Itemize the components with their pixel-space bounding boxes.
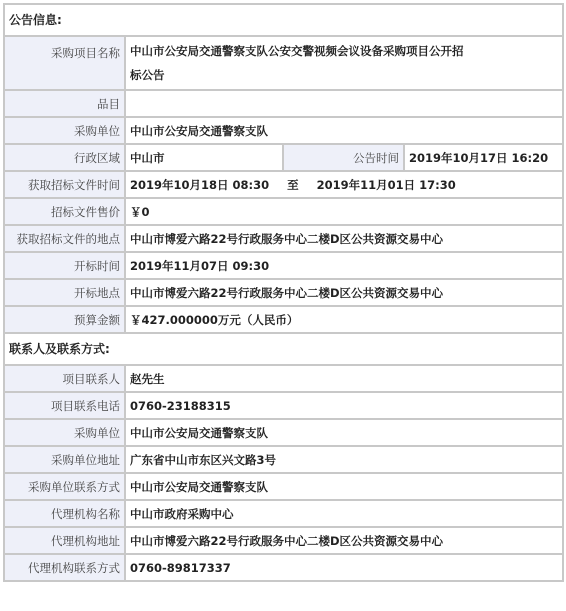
field-label: 采购单位 xyxy=(4,117,125,144)
doc-time-start: 2019年10月18日 08:30 xyxy=(130,178,269,192)
agency-name-value: 中山市政府采购中心 xyxy=(125,500,563,527)
table-row: 项目联系电话 0760-23188315 xyxy=(4,392,563,419)
project-name-value: 中山市公安局交通警察支队公安交警视频会议设备采购项目公开招标公告 xyxy=(125,36,563,90)
table-row: 代理机构名称 中山市政府采购中心 xyxy=(4,500,563,527)
budget-value: ￥427.000000万元（人民币） xyxy=(125,306,563,333)
agency-contact-value: 0760-89817337 xyxy=(125,554,563,581)
section-header-contact: 联系人及联系方式: xyxy=(4,333,563,365)
table-row: 预算金额 ￥427.000000万元（人民币） xyxy=(4,306,563,333)
field-label: 代理机构地址 xyxy=(4,527,125,554)
table-row: 采购单位 中山市公安局交通警察支队 xyxy=(4,117,563,144)
field-label: 公告时间 xyxy=(283,144,404,171)
category-value xyxy=(125,90,563,117)
table-row: 采购单位 中山市公安局交通警察支队 xyxy=(4,419,563,446)
table-row: 代理机构联系方式 0760-89817337 xyxy=(4,554,563,581)
field-label: 项目联系人 xyxy=(4,365,125,392)
announcement-table: 公告信息: 采购项目名称 中山市公安局交通警察支队公安交警视频会议设备采购项目公… xyxy=(3,3,564,582)
table-row: 开标地点 中山市博爱六路22号行政服务中心二楼D区公共资源交易中心 xyxy=(4,279,563,306)
agency-address-value: 中山市博爱六路22号行政服务中心二楼D区公共资源交易中心 xyxy=(125,527,563,554)
field-label: 项目联系电话 xyxy=(4,392,125,419)
open-location-value: 中山市博爱六路22号行政服务中心二楼D区公共资源交易中心 xyxy=(125,279,563,306)
doc-price-value: ￥0 xyxy=(125,198,563,225)
announce-time-value: 2019年10月17日 16:20 xyxy=(404,144,563,171)
purchaser-contact-value: 中山市公安局交通警察支队 xyxy=(125,473,563,500)
field-label: 采购单位联系方式 xyxy=(4,473,125,500)
section-title: 公告信息: xyxy=(4,4,563,36)
field-label: 采购单位地址 xyxy=(4,446,125,473)
section-header-announcement: 公告信息: xyxy=(4,4,563,36)
field-label: 品目 xyxy=(4,90,125,117)
field-label: 获取招标文件时间 xyxy=(4,171,125,198)
region-value: 中山市 xyxy=(125,144,283,171)
field-label: 行政区域 xyxy=(4,144,125,171)
field-label: 采购单位 xyxy=(4,419,125,446)
doc-time-end: 2019年11月01日 17:30 xyxy=(317,178,456,192)
purchaser-address-value: 广东省中山市东区兴文路3号 xyxy=(125,446,563,473)
project-contact-value: 赵先生 xyxy=(125,365,563,392)
doc-location-value: 中山市博爱六路22号行政服务中心二楼D区公共资源交易中心 xyxy=(125,225,563,252)
table-row: 项目联系人 赵先生 xyxy=(4,365,563,392)
doc-time-value: 2019年10月18日 08:30至2019年11月01日 17:30 xyxy=(125,171,563,198)
purchaser-value: 中山市公安局交通警察支队 xyxy=(125,117,563,144)
field-label: 招标文件售价 xyxy=(4,198,125,225)
project-phone-value: 0760-23188315 xyxy=(125,392,563,419)
table-row: 行政区域 中山市 公告时间 2019年10月17日 16:20 xyxy=(4,144,563,171)
contact-purchaser-value: 中山市公安局交通警察支队 xyxy=(125,419,563,446)
open-time-value: 2019年11月07日 09:30 xyxy=(125,252,563,279)
table-row: 采购单位联系方式 中山市公安局交通警察支队 xyxy=(4,473,563,500)
table-row: 获取招标文件时间 2019年10月18日 08:30至2019年11月01日 1… xyxy=(4,171,563,198)
table-row: 采购项目名称 中山市公安局交通警察支队公安交警视频会议设备采购项目公开招标公告 xyxy=(4,36,563,90)
section-title: 联系人及联系方式: xyxy=(4,333,563,365)
table-row: 开标时间 2019年11月07日 09:30 xyxy=(4,252,563,279)
field-label: 预算金额 xyxy=(4,306,125,333)
table-row: 品目 xyxy=(4,90,563,117)
table-row: 代理机构地址 中山市博爱六路22号行政服务中心二楼D区公共资源交易中心 xyxy=(4,527,563,554)
field-label: 采购项目名称 xyxy=(4,36,125,90)
table-row: 招标文件售价 ￥0 xyxy=(4,198,563,225)
field-label: 开标时间 xyxy=(4,252,125,279)
field-label: 开标地点 xyxy=(4,279,125,306)
field-label: 代理机构名称 xyxy=(4,500,125,527)
field-label: 获取招标文件的地点 xyxy=(4,225,125,252)
table-row: 采购单位地址 广东省中山市东区兴文路3号 xyxy=(4,446,563,473)
field-label: 代理机构联系方式 xyxy=(4,554,125,581)
table-row: 获取招标文件的地点 中山市博爱六路22号行政服务中心二楼D区公共资源交易中心 xyxy=(4,225,563,252)
doc-time-separator: 至 xyxy=(287,178,299,192)
